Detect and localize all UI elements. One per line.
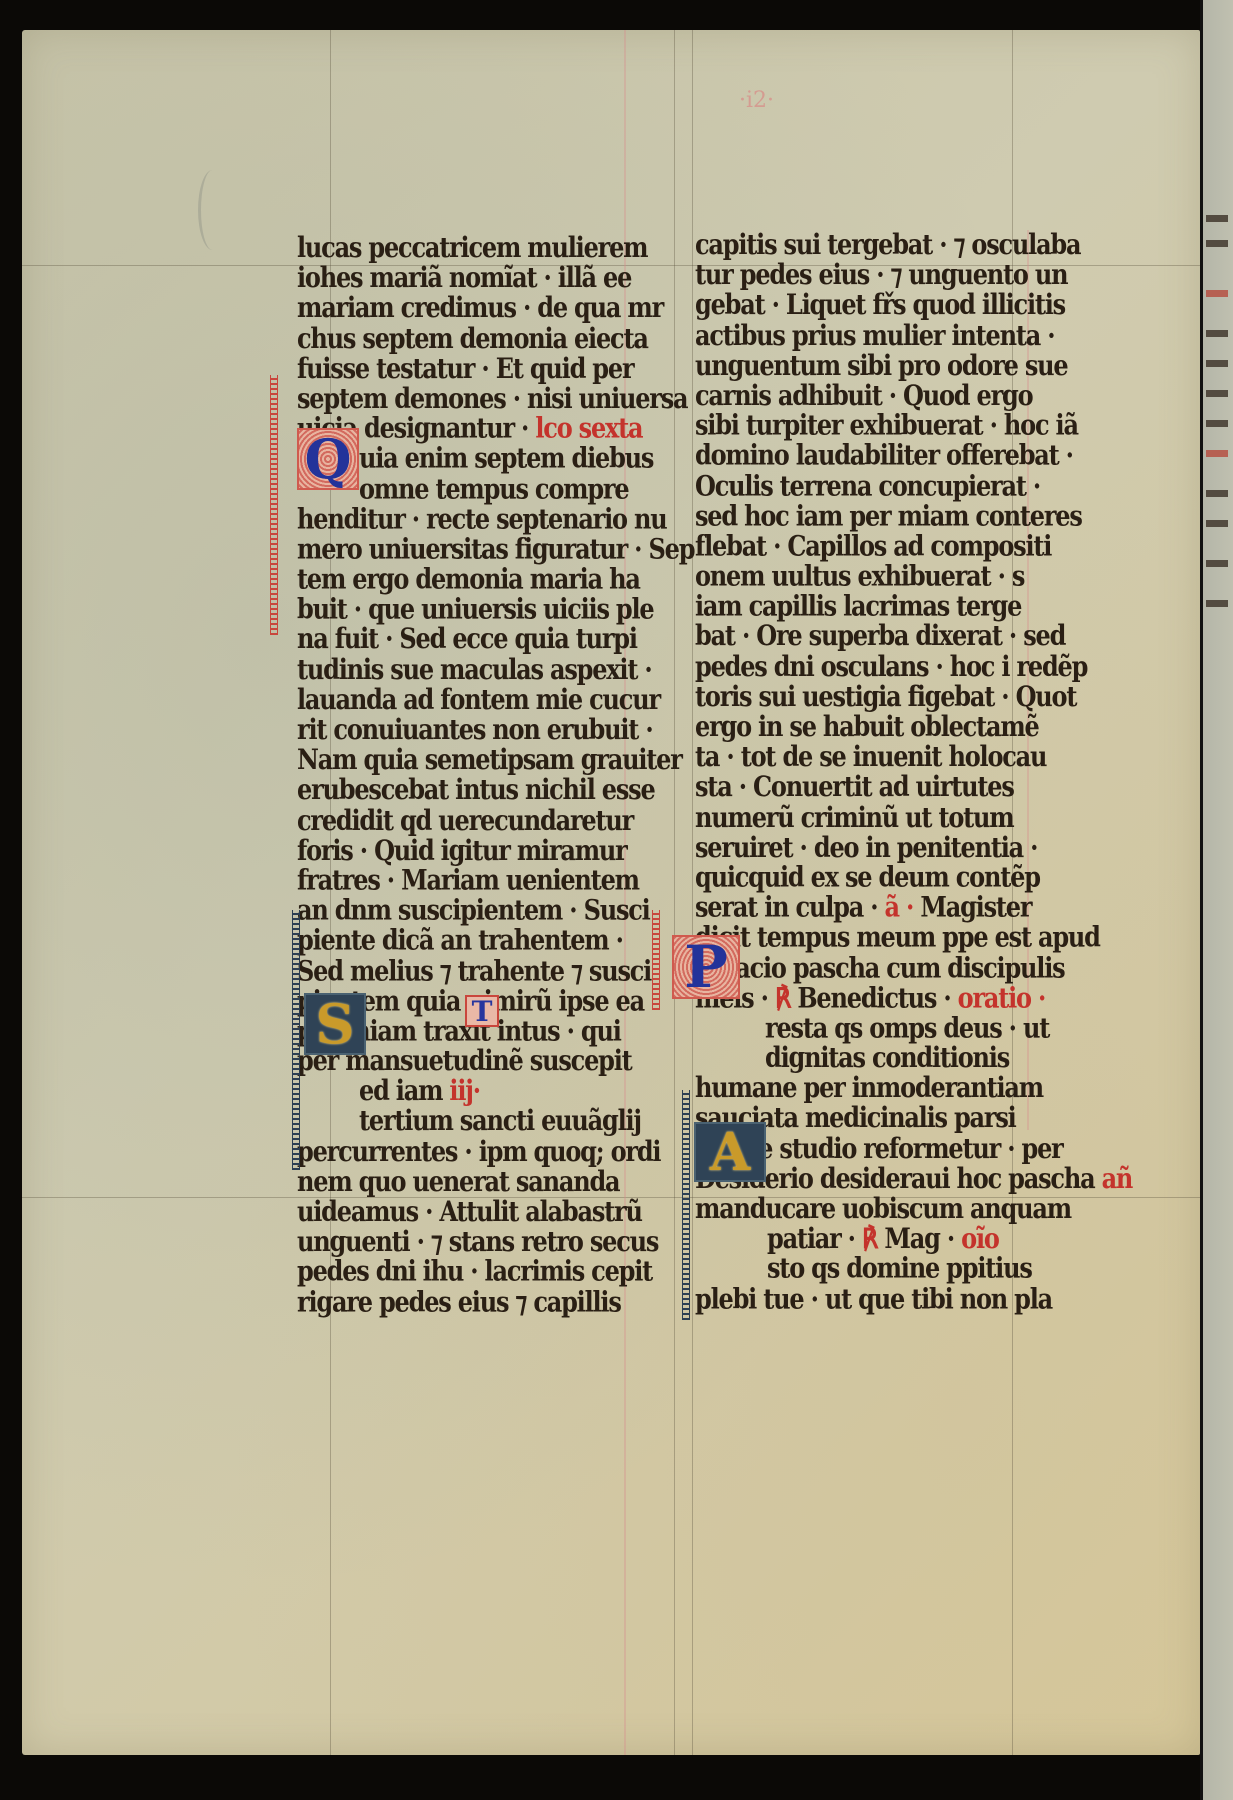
line-text: manducare uobiscum anquam: [695, 1191, 1071, 1224]
line-text: tertium sancti euuãglij: [359, 1104, 641, 1137]
text-line: dicit tempus meum ppe est apud: [695, 923, 1035, 953]
text-line: te facio pascha cum discipulis: [695, 953, 1035, 983]
initial-a: A: [694, 1122, 766, 1182]
line-text: tudinis sue maculas aspexit ·: [297, 652, 652, 685]
line-text: lauanda ad fontem mie cucur: [297, 682, 660, 715]
line-text: na fuit · Sed ecce quia turpi: [297, 622, 637, 655]
line-text: tur pedes eius · ⁊ unguento un: [695, 258, 1067, 291]
line-text: Sed melius ⁊ trahente ⁊ susci: [297, 953, 651, 986]
folio-mark: ·i2·: [739, 88, 774, 113]
text-line: percurrentes · ipm quoq; ordi: [297, 1136, 637, 1166]
initial-t: T: [465, 995, 499, 1027]
line-text: erubescebat intus nichil esse: [297, 773, 655, 806]
initial-q: Q: [297, 428, 359, 490]
text-line: domino laudabiliter offerebat ·: [695, 441, 1035, 471]
text-line: toris sui uestigia figebat · Quot: [695, 682, 1035, 712]
text-line: chus septem demonia eiecta: [297, 323, 637, 353]
text-line: ta · tot de se inuenit holocau: [695, 742, 1035, 772]
line-text: gebat · Liquet fřs quod illicitis: [695, 288, 1065, 321]
parchment-crease: [198, 170, 227, 250]
rubric: añ: [1094, 1161, 1132, 1194]
inline-text: Mag ·: [877, 1222, 954, 1255]
rubric: oratio ·: [951, 981, 1046, 1014]
text-line: mero uniuersitas figuratur · Sep: [297, 534, 637, 564]
text-line: fuisse testatur · Et quid per: [297, 353, 637, 383]
text-line: an dnm suscipientem · Susci: [297, 896, 637, 926]
line-text: mero uniuersitas figuratur · Sep: [297, 532, 694, 565]
blue-penwork-border: [292, 910, 300, 1170]
line-text: credidit qd uerecundaretur: [297, 803, 633, 836]
text-line: humane per inmoderantiam: [695, 1073, 1035, 1103]
line-text: dignitas conditionis: [765, 1041, 1009, 1074]
text-line: rigare pedes eius ⁊ capillis: [297, 1287, 637, 1317]
line-text: unguentum sibi pro odore sue: [695, 348, 1068, 381]
text-line: patiar · ℟ Mag · oĩo: [695, 1224, 1035, 1254]
text-line: manducare uobiscum anquam: [695, 1194, 1035, 1224]
line-text: sibi turpiter exhibuerat · hoc iã: [695, 408, 1078, 441]
line-text: ergo in se habuit oblectamẽ: [695, 710, 1039, 743]
text-line: Sed melius ⁊ trahente ⁊ susci: [297, 956, 637, 986]
line-text: tem ergo demonia maria ha: [297, 562, 640, 595]
initial-t-letter: T: [472, 995, 493, 1028]
rubric: iij·: [442, 1074, 480, 1107]
text-line: Nam quia semetipsam grauiter: [297, 745, 637, 775]
line-text: buit · que uniuersis uiciis ple: [297, 592, 653, 625]
text-line: foris · Quid igitur miramur: [297, 835, 637, 865]
line-text: humane per inmoderantiam: [695, 1071, 1043, 1104]
line-text: actibus prius mulier intenta ·: [695, 318, 1054, 351]
line-text: piente dicã an trahentem ·: [297, 923, 623, 956]
line-text: nem quo uenerat sananda: [297, 1164, 619, 1197]
line-text: flebat · Capillos ad compositi: [695, 529, 1051, 562]
text-line: pedes dni ihu · lacrimis cepit: [297, 1257, 637, 1287]
line-text: rit conuiuantes non erubuit ·: [297, 713, 652, 746]
text-line: lucas peccatricem mulierem: [297, 233, 637, 263]
line-text: sta · Conuertit ad uirtutes: [695, 770, 1014, 803]
text-line: na fuit · Sed ecce quia turpi: [297, 625, 637, 655]
initial-p: P: [672, 935, 740, 999]
text-line: uideamus · Attulit alabastrũ: [297, 1197, 637, 1227]
text-line: tur pedes eius · ⁊ unguento un: [695, 260, 1035, 290]
rubric: lco sexta: [528, 411, 642, 444]
text-line: lauanda ad fontem mie cucur: [297, 685, 637, 715]
text-line: meis · ℟ Benedictus · oratio ·: [695, 983, 1035, 1013]
line-text: Nam quia semetipsam grauiter: [297, 743, 682, 776]
text-line: rit conuiuantes non erubuit ·: [297, 715, 637, 745]
inline-text: Benedictus ·: [790, 981, 950, 1014]
text-line: carnis adhibuit · Quod ergo: [695, 381, 1035, 411]
text-line: piente dicã an trahentem ·: [297, 926, 637, 956]
text-line: quicquid ex se deum contẽp: [695, 862, 1035, 892]
ruling-line-col-gap: [674, 30, 675, 1755]
text-line: tertium sancti euuãglij: [297, 1106, 637, 1136]
line-text: ed iam: [359, 1074, 442, 1107]
rubric: ã ·: [877, 890, 913, 923]
line-text: plebi tue · ut que tibi non pla: [695, 1282, 1052, 1315]
line-text: seruiret · deo in penitentia ·: [695, 830, 1037, 863]
text-line: ed iam iij·: [297, 1076, 637, 1106]
text-line: iohes mariã nomĩat · illã ee: [297, 263, 637, 293]
text-line: credidit qd uerecundaretur: [297, 805, 637, 835]
line-text: onem uultus exhibuerat · s: [695, 559, 1024, 592]
text-line: nem quo uenerat sananda: [297, 1167, 637, 1197]
text-line: iam capillis lacrimas terge: [695, 591, 1035, 621]
text-line: pedes dni osculans · hoc i redẽp: [695, 652, 1035, 682]
line-text: quicquid ex se deum contẽp: [695, 860, 1040, 893]
line-text: toris sui uestigia figebat · Quot: [695, 679, 1076, 712]
text-line: resta qs omps deus · ut: [695, 1013, 1035, 1043]
inline-text: Magister: [913, 890, 1031, 923]
line-text: resta qs omps deus · ut: [765, 1011, 1049, 1044]
line-text: rigare pedes eius ⁊ capillis: [297, 1285, 621, 1318]
text-line: numerũ criminũ ut totum: [695, 802, 1035, 832]
left-text-column: lucas peccatricem mulieremiohes mariã no…: [297, 233, 637, 1317]
line-text: iam capillis lacrimas terge: [695, 589, 1021, 622]
text-line: gebat · Liquet fřs quod illicitis: [695, 290, 1035, 320]
line-text: te facio pascha cum discipulis: [695, 950, 1064, 983]
text-line: unguenti · ⁊ stans retro secus: [297, 1227, 637, 1257]
text-line: mariam credimus · de qua mr: [297, 293, 637, 323]
line-text: pedes dni ihu · lacrimis cepit: [297, 1255, 652, 1288]
line-text: ta · tot de se inuenit holocau: [695, 740, 1046, 773]
line-text: omne tempus compre: [359, 472, 628, 505]
text-line: bat · Ore superba dixerat · sed: [695, 622, 1035, 652]
text-line: tem ergo demonia maria ha: [297, 564, 637, 594]
blue-penwork-border-right: [682, 1090, 690, 1320]
text-line: dignitas conditionis: [695, 1043, 1035, 1073]
text-line: serat in culpa · ã · Magister: [695, 893, 1035, 923]
line-text: pedes dni osculans · hoc i redẽp: [695, 649, 1087, 682]
line-text: dicit tempus meum ppe est apud: [695, 920, 1100, 953]
line-text: bat · Ore superba dixerat · sed: [695, 619, 1065, 652]
initial-s: S: [304, 993, 366, 1055]
line-text: sed hoc iam per miam conteres: [695, 499, 1082, 532]
text-line: plebi tue · ut que tibi non pla: [695, 1284, 1035, 1314]
text-line: unguentum sibi pro odore sue: [695, 350, 1035, 380]
line-text: domino laudabiliter offerebat ·: [695, 439, 1073, 472]
red-penwork-border-right: [652, 910, 660, 1010]
ruling-line-col2: [692, 30, 693, 1755]
initial-a-letter: A: [710, 1122, 750, 1183]
line-text: septem demones · nisi uniuersa: [297, 381, 687, 414]
adjacent-page-edge: [1200, 0, 1233, 1800]
line-text: fuisse testatur · Et quid per: [297, 351, 633, 384]
line-text: chus septem demonia eiecta: [297, 321, 648, 354]
text-line: seruiret · deo in penitentia ·: [695, 832, 1035, 862]
line-text: capitis sui tergebat · ⁊ osculaba: [695, 228, 1080, 261]
line-text: percurrentes · ipm quoq; ordi: [297, 1134, 660, 1167]
text-line: sta · Conuertit ad uirtutes: [695, 772, 1035, 802]
initial-q-letter: Q: [304, 427, 351, 491]
text-line: capitis sui tergebat · ⁊ osculaba: [695, 230, 1035, 260]
line-text: uideamus · Attulit alabastrũ: [297, 1194, 642, 1227]
line-text: henditur · recte septenario nu: [297, 502, 667, 535]
text-line: henditur · recte septenario nu: [297, 504, 637, 534]
text-line: erubescebat intus nichil esse: [297, 775, 637, 805]
text-line: flebat · Capillos ad compositi: [695, 531, 1035, 561]
line-text: an dnm suscipientem · Susci: [297, 893, 650, 926]
text-line: onem uultus exhibuerat · s: [695, 561, 1035, 591]
line-text: iohes mariã nomĩat · illã ee: [297, 261, 631, 294]
rubric: ℟: [855, 1222, 877, 1255]
line-text: patiar ·: [767, 1222, 855, 1255]
rubric: ℟: [768, 981, 790, 1014]
line-text: sto qs domine ppitius: [767, 1252, 1032, 1285]
line-text: mariam credimus · de qua mr: [297, 291, 663, 324]
line-text: numerũ criminũ ut totum: [695, 800, 1013, 833]
line-text: lucas peccatricem mulierem: [297, 231, 647, 264]
text-line: actibus prius mulier intenta ·: [695, 320, 1035, 350]
manuscript-page: ·i2· lucas peccatricem mulieremiohes mar…: [22, 30, 1200, 1755]
line-text: serat in culpa ·: [695, 890, 877, 923]
text-line: tudinis sue maculas aspexit ·: [297, 655, 637, 685]
line-text: carnis adhibuit · Quod ergo: [695, 378, 1032, 411]
text-line: fratres · Mariam uenientem: [297, 865, 637, 895]
rubric: oĩo: [954, 1222, 999, 1255]
text-line: Oculis terrena concupierat ·: [695, 471, 1035, 501]
text-line: ergo in se habuit oblectamẽ: [695, 712, 1035, 742]
line-text: unguenti · ⁊ stans retro secus: [297, 1225, 658, 1258]
initial-p-letter: P: [684, 933, 728, 1001]
text-line: sed hoc iam per miam conteres: [695, 501, 1035, 531]
red-penwork-border: [270, 375, 278, 635]
text-line: sibi turpiter exhibuerat · hoc iã: [695, 411, 1035, 441]
text-line: septem demones · nisi uniuersa: [297, 384, 637, 414]
initial-s-letter: S: [316, 992, 355, 1056]
text-line: sto qs domine ppitius: [695, 1254, 1035, 1284]
text-line: buit · que uniuersis uiciis ple: [297, 594, 637, 624]
line-text: foris · Quid igitur miramur: [297, 833, 627, 866]
line-text: Oculis terrena concupierat ·: [695, 469, 1040, 502]
line-text: fratres · Mariam uenientem: [297, 863, 639, 896]
line-text: uia enim septem diebus: [359, 442, 653, 475]
